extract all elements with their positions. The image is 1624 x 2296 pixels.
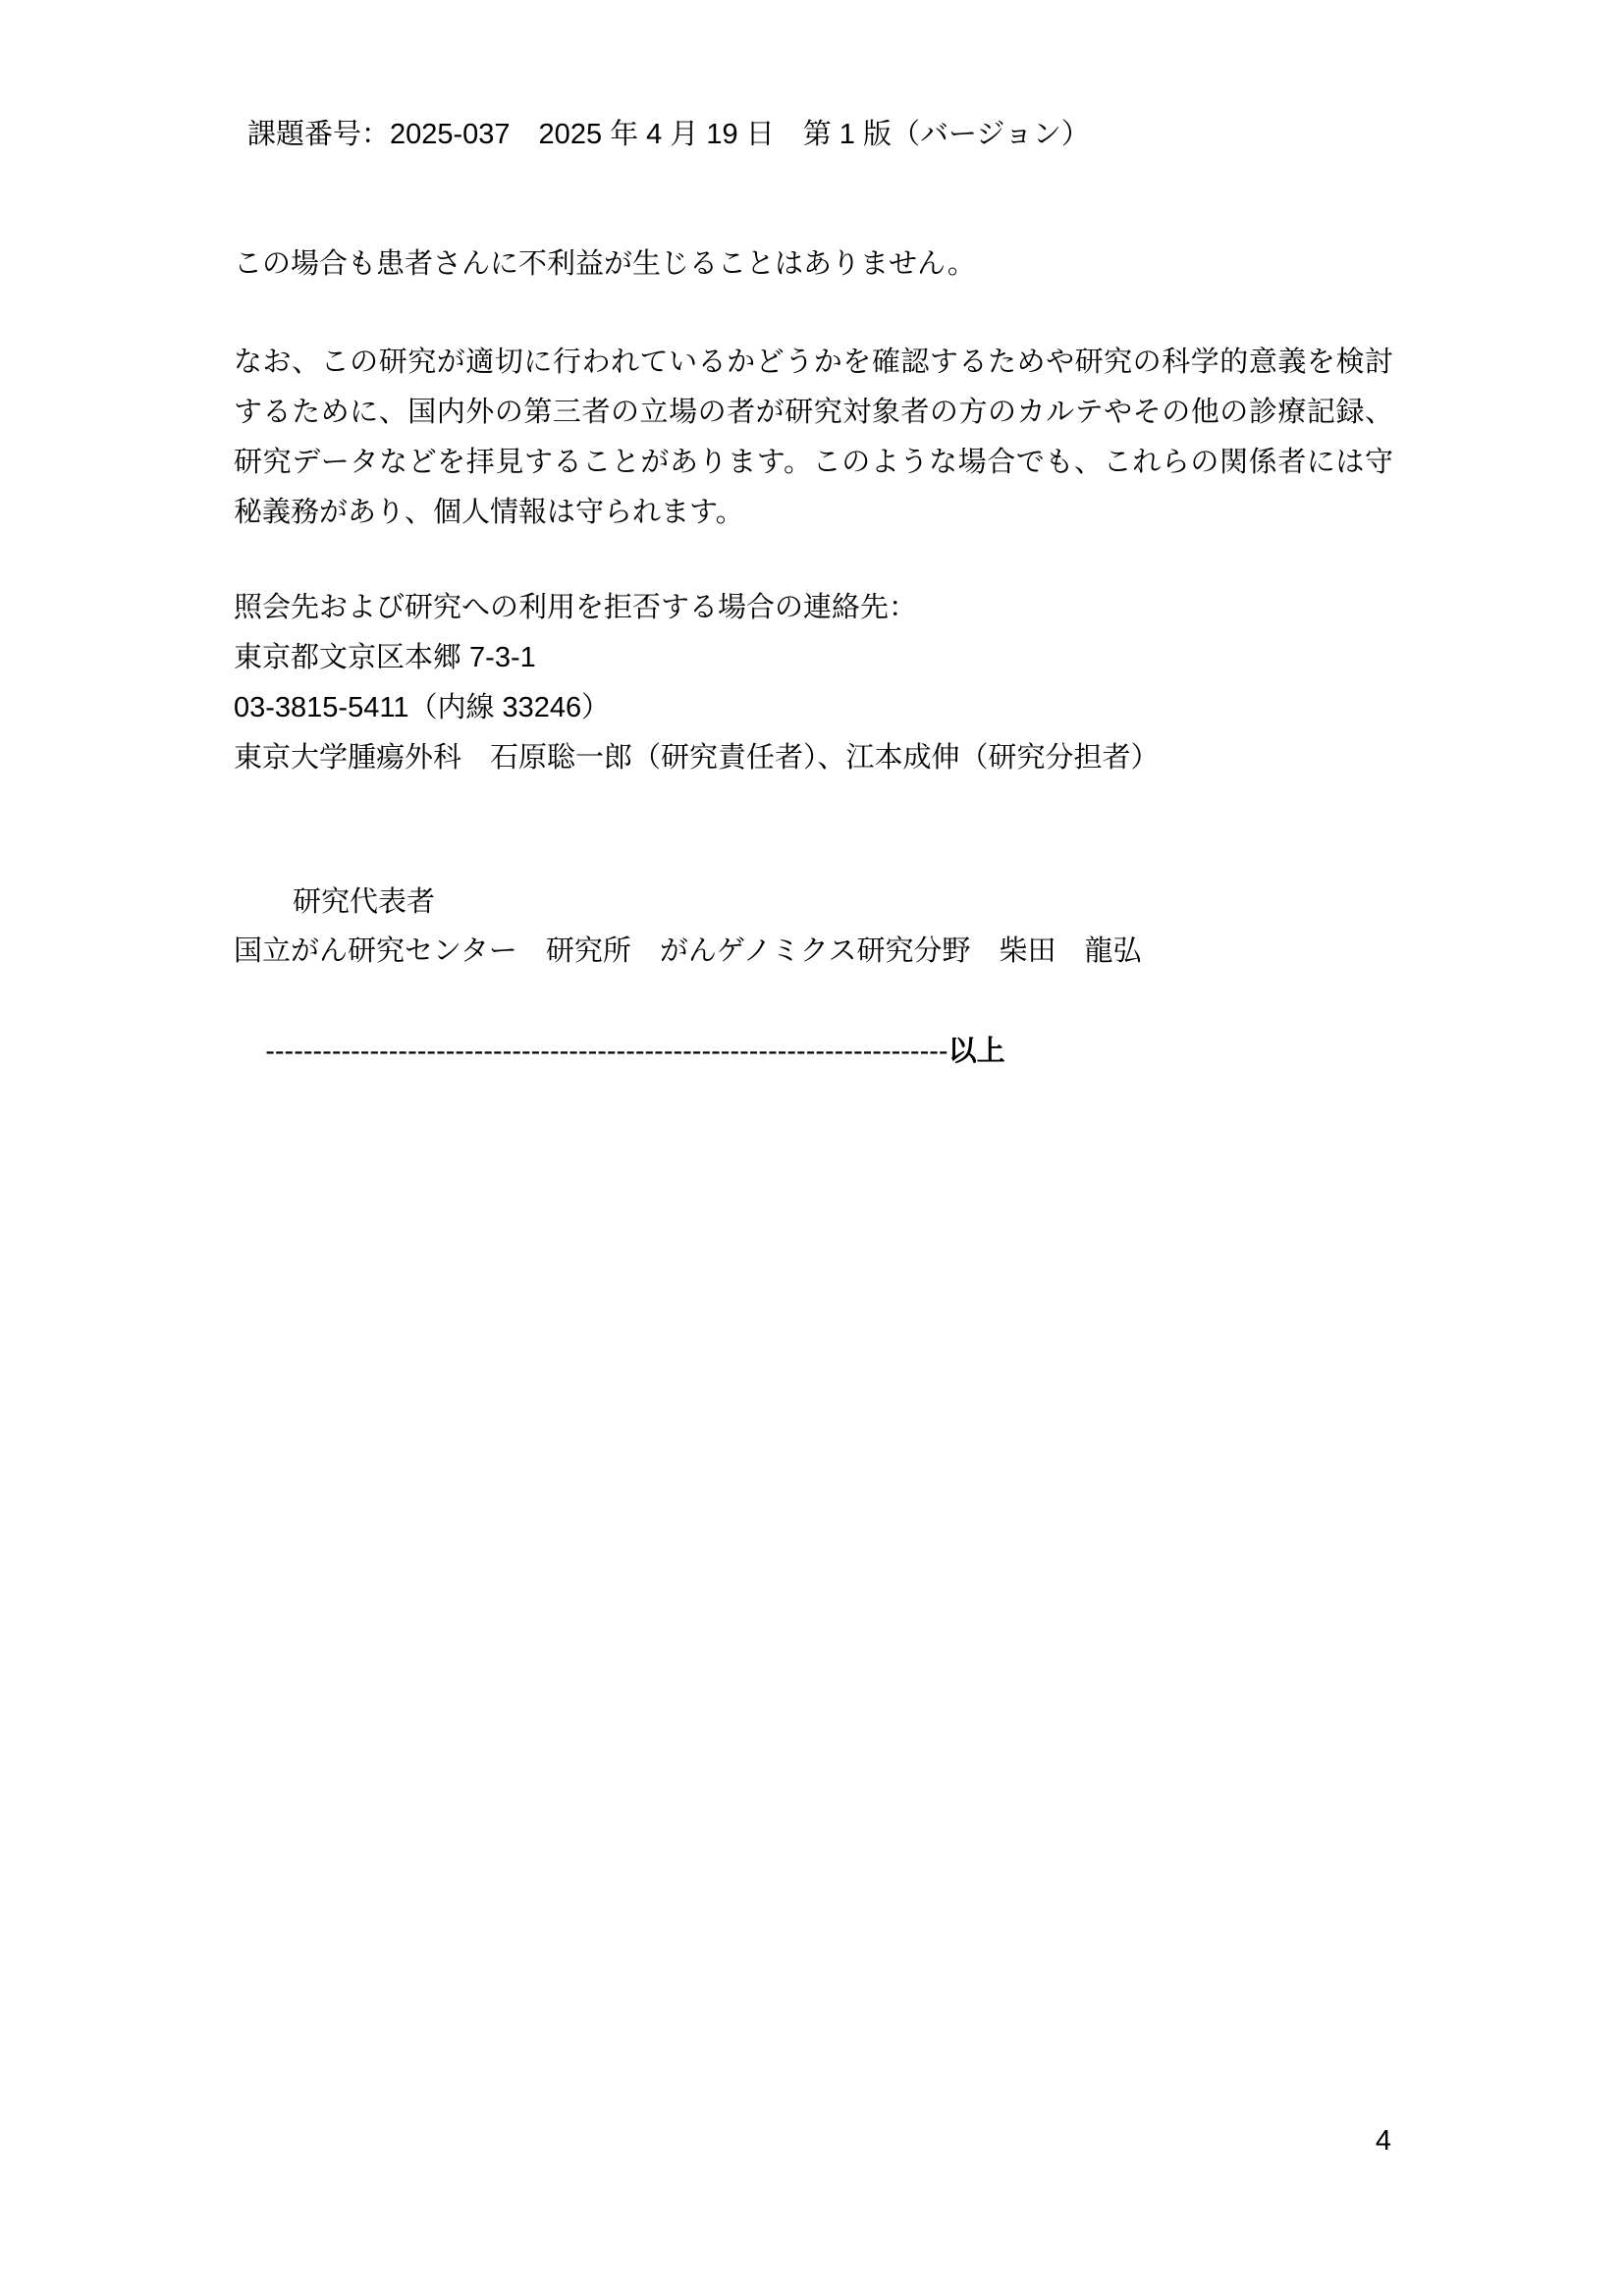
- contact-address: 東京都文京区本郷 7-3-1: [234, 633, 1393, 683]
- document-header-study-number: 課題番号：2025-037 2025 年 4 月 19 日 第 1 版（バージョ…: [247, 110, 1090, 160]
- paragraph-no-disadvantage: この場合も患者さんに不利益が生じることはありません。: [234, 240, 976, 290]
- paragraph-oversight-line-4: 秘義務があり、個人情報は守られます。: [234, 488, 1393, 538]
- representative-affiliation: 国立がん研究センター 研究所 がんゲノミクス研究分野 柴田 龍弘: [234, 927, 1142, 977]
- paragraph-oversight-line-3: 研究データなどを拝見することがあります。このような場合でも、これらの関係者には守: [234, 438, 1393, 488]
- representative-heading: 研究代表者: [293, 878, 435, 928]
- page-number: 4: [1376, 2116, 1391, 2166]
- document-page: 課題番号：2025-037 2025 年 4 月 19 日 第 1 版（バージョ…: [0, 0, 1624, 2296]
- paragraph-oversight-line-1: なお、この研究が適切に行われているかどうかを確認するためや研究の科学的意義を検討: [234, 338, 1393, 388]
- contact-heading: 照会先および研究への利用を拒否する場合の連絡先：: [234, 583, 1393, 633]
- paragraph-oversight: なお、この研究が適切に行われているかどうかを確認するためや研究の科学的意義を検討…: [234, 338, 1393, 538]
- closing-separator-line: ----------------------------------------…: [234, 977, 1005, 1127]
- contact-block: 照会先および研究への利用を拒否する場合の連絡先： 東京都文京区本郷 7-3-1 …: [234, 583, 1393, 783]
- separator-dashes: ----------------------------------------…: [265, 1036, 947, 1067]
- contact-phone: 03-3815-5411（内線 33246）: [234, 683, 1393, 733]
- closing-label: 以上: [948, 1036, 1005, 1067]
- paragraph-oversight-line-2: するために、国内外の第三者の立場の者が研究対象者の方のカルテやその他の診療記録、: [234, 388, 1393, 438]
- contact-investigators: 東京大学腫瘍外科 石原聡一郎（研究責任者）、江本成伸（研究分担者）: [234, 733, 1393, 783]
